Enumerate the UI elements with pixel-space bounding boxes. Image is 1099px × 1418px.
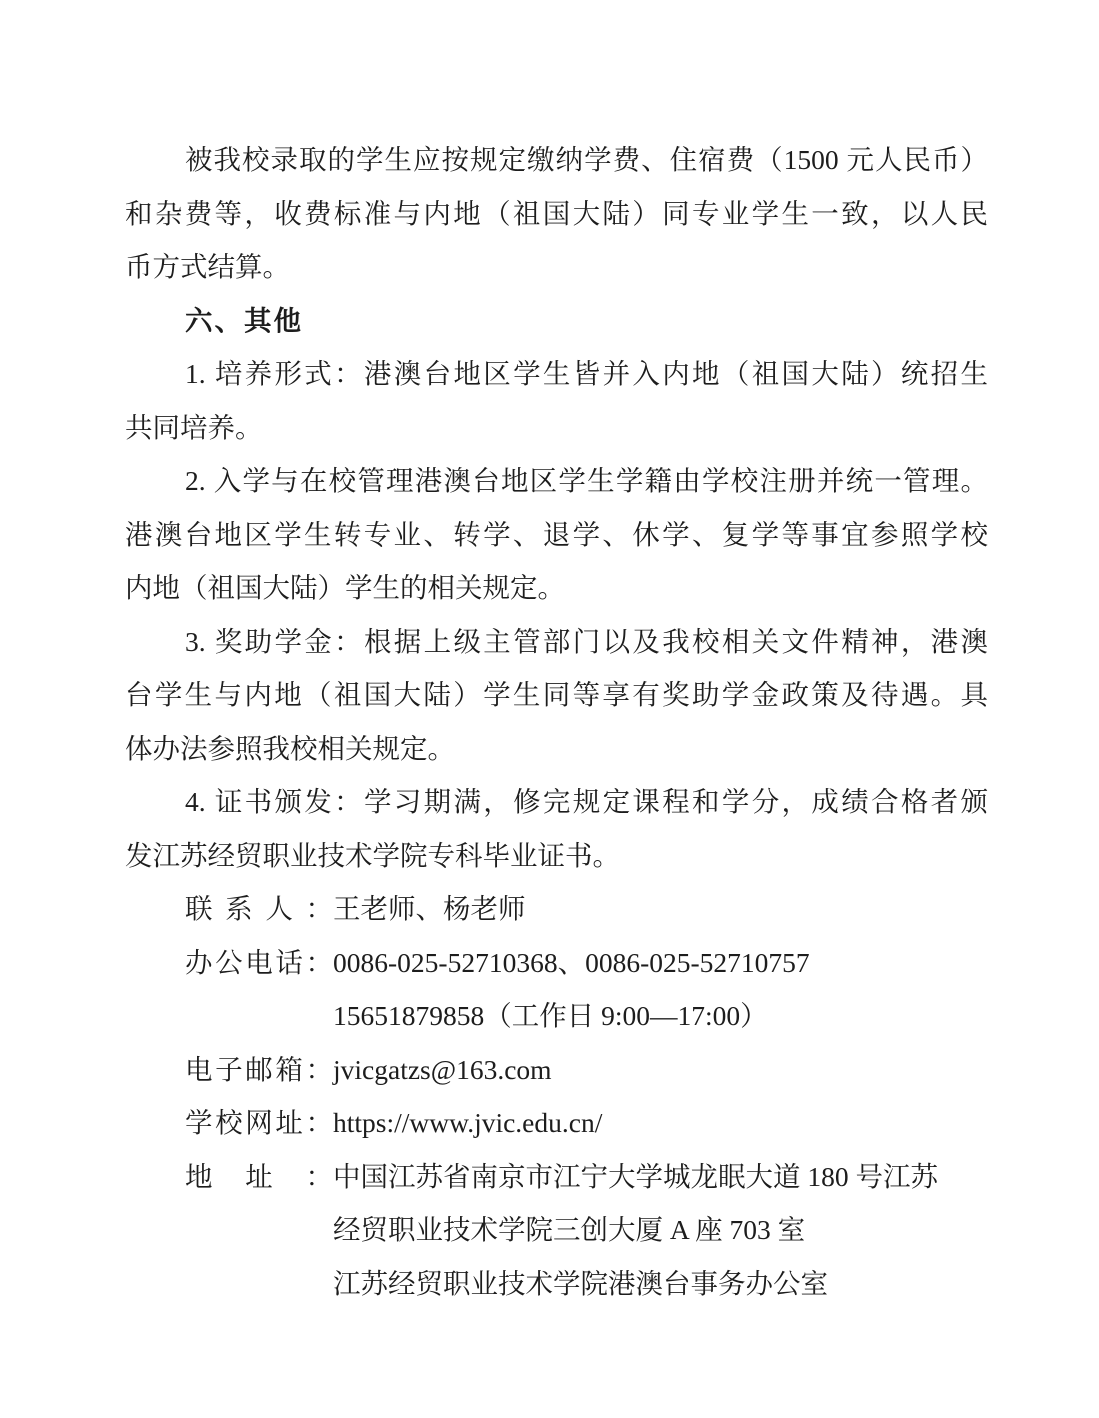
contact-value: 0086-025-52710368、0086-025-52710757 [333,936,810,990]
list-item-line: 4. 证书颁发：学习期满，修完规定课程和学分，成绩合格者颁 [125,775,988,829]
list-item-line: 2. 入学与在校管理港澳台地区学生学籍由学校注册并统一管理。 [125,454,988,508]
contact-label: 地址： [185,1150,333,1204]
list-item-line: 发江苏经贸职业技术学院专科毕业证书。 [125,829,988,883]
contact-person-row: 联系人：王老师、杨老师 [125,882,988,936]
website-value: https://www.jvic.edu.cn/ [333,1096,602,1150]
office-phone-row: 办公电话：0086-025-52710368、0086-025-52710757 [125,936,988,990]
email-row: 电子邮箱：jvicgatzs@163.com [125,1043,988,1097]
website-row: 学校网址：https://www.jvic.edu.cn/ [125,1096,988,1150]
section-heading: 六、其他 [125,294,988,348]
address-row: 地址：中国江苏省南京市江宁大学城龙眠大道 180 号江苏 [125,1150,988,1204]
address-continuation-line: 经贸职业技术学院三创大厦 A 座 703 室 [125,1203,988,1257]
email-value: jvicgatzs@163.com [333,1043,552,1097]
contact-label: 学校网址： [185,1096,333,1150]
list-item-line: 港澳台地区学生转专业、转学、退学、休学、复学等事宜参照学校 [125,508,988,562]
phone-continuation-line: 15651879858（工作日 9:00—17:00） [125,989,988,1043]
paragraph-line: 和杂费等，收费标准与内地（祖国大陆）同专业学生一致，以人民 [125,187,988,241]
list-item-line: 体办法参照我校相关规定。 [125,722,988,776]
paragraph-line: 币方式结算。 [125,240,988,294]
list-item-line: 内地（祖国大陆）学生的相关规定。 [125,561,988,615]
contact-label: 联系人： [185,882,333,936]
contact-label: 办公电话： [185,936,333,990]
contact-label: 电子邮箱： [185,1043,333,1097]
list-item-line: 台学生与内地（祖国大陆）学生同等享有奖助学金政策及待遇。具 [125,668,988,722]
list-item-line: 3. 奖助学金：根据上级主管部门以及我校相关文件精神，港澳 [125,615,988,669]
list-item-line: 共同培养。 [125,401,988,455]
contact-value: 王老师、杨老师 [333,882,526,936]
address-continuation-line: 江苏经贸职业技术学院港澳台事务办公室 [125,1257,988,1311]
document-page: 被我校录取的学生应按规定缴纳学费、住宿费（1500 元人民币） 和杂费等，收费标… [125,133,988,1310]
paragraph-line: 被我校录取的学生应按规定缴纳学费、住宿费（1500 元人民币） [125,133,988,187]
address-value: 中国江苏省南京市江宁大学城龙眠大道 180 号江苏 [333,1150,938,1204]
list-item-line: 1. 培养形式：港澳台地区学生皆并入内地（祖国大陆）统招生 [125,347,988,401]
